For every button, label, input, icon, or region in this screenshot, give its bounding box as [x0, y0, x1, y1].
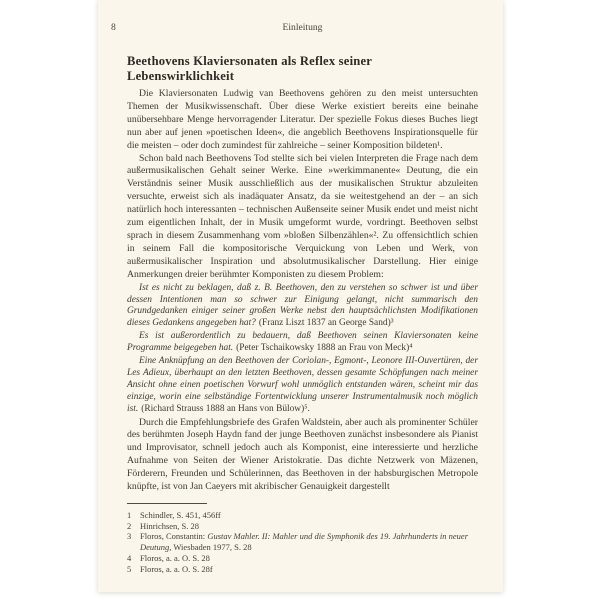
footnote-3-text: Floros, Constantin: Gustav Mahler. II: M… — [140, 531, 478, 552]
footnote-1-number: 1 — [127, 510, 140, 521]
footnote-5-pre: Floros, a. a. O. S. 28f — [140, 564, 213, 574]
scan-background: 8 Einleitung Beethovens Klaviersonaten a… — [0, 0, 600, 600]
footnotes: 1 Schindler, S. 451, 456ff 2 Hinrichsen,… — [127, 510, 478, 574]
footnote-4: 4 Floros, a. a. O. S. 28 — [127, 553, 478, 564]
footnote-3-number: 3 — [127, 531, 140, 552]
paragraph-reception: Schon bald nach Beethovens Tod stellte s… — [127, 153, 478, 282]
running-head: 8 Einleitung — [127, 21, 478, 34]
footnote-2-number: 2 — [127, 521, 140, 532]
footnote-separator — [127, 503, 207, 504]
footnote-4-text: Floros, a. a. O. S. 28 — [140, 553, 478, 564]
footnote-5-text: Floros, a. a. O. S. 28f — [140, 564, 478, 575]
footnote-5: 5 Floros, a. a. O. S. 28f — [127, 564, 478, 575]
footnote-5-number: 5 — [127, 564, 140, 575]
footnote-1-text: Schindler, S. 451, 456ff — [140, 510, 478, 521]
footnote-2-pre: Hinrichsen, S. 28 — [140, 521, 199, 531]
quote-tschaikowsky: Es ist außerordentlich zu bedauern, daß … — [127, 331, 478, 355]
quote-tschaikowsky-attribution: (Peter Tschaikowsky 1888 an Frau von Mec… — [236, 343, 412, 353]
footnote-1-pre: Schindler, S. 451, 456ff — [140, 510, 221, 520]
quote-strauss-attribution: (Richard Strauss 1888 an Hans von Bülow)… — [141, 404, 310, 414]
paragraph-intro: Die Klaviersonaten Ludwig van Beethovens… — [127, 88, 478, 153]
footnote-2: 2 Hinrichsen, S. 28 — [127, 521, 478, 532]
quote-strauss: Eine Anknüpfung an den Beethoven der Cor… — [127, 356, 478, 416]
book-page: 8 Einleitung Beethovens Klaviersonaten a… — [98, 0, 503, 592]
footnote-3-pre: Floros, Constantin: — [140, 531, 207, 541]
footnote-4-number: 4 — [127, 553, 140, 564]
running-header-title: Einleitung — [127, 21, 478, 34]
quote-liszt-attribution: (Franz Liszt 1837 an George Sand)³ — [259, 318, 394, 328]
footnote-3: 3 Floros, Constantin: Gustav Mahler. II:… — [127, 531, 478, 552]
paragraph-vienna: Durch die Empfehlungsbriefe des Grafen W… — [127, 417, 478, 494]
page-number: 8 — [111, 21, 116, 34]
footnote-1: 1 Schindler, S. 451, 456ff — [127, 510, 478, 521]
section-heading: Beethovens Klaviersonaten als Reflex sei… — [127, 54, 478, 84]
footnote-2-text: Hinrichsen, S. 28 — [140, 521, 478, 532]
footnote-3-post: Wiesbaden 1977, S. 28 — [171, 542, 251, 552]
quote-liszt: Ist es nicht zu beklagen, daß z. B. Beet… — [127, 283, 478, 331]
page-content: 8 Einleitung Beethovens Klaviersonaten a… — [127, 0, 478, 574]
footnote-4-pre: Floros, a. a. O. S. 28 — [140, 553, 210, 563]
